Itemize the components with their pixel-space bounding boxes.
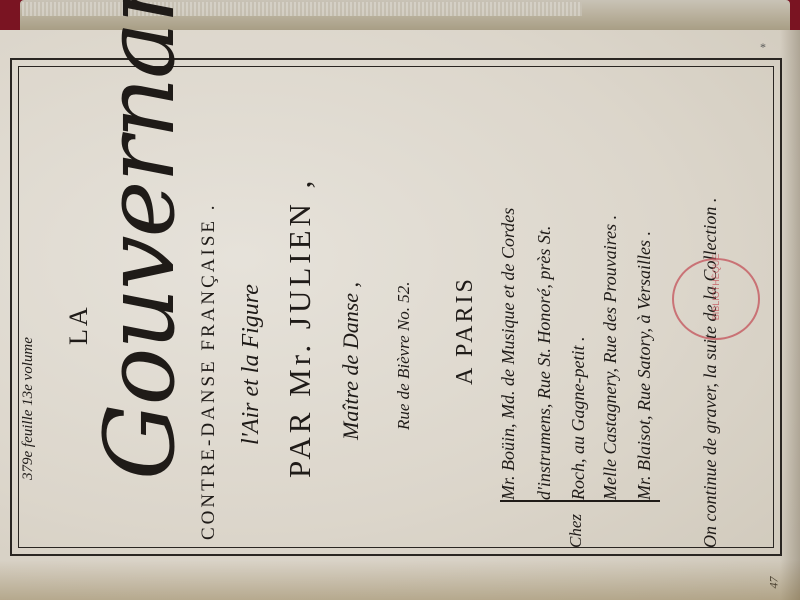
subtitle: CONTRE-DANSE FRANÇAISE . — [198, 203, 220, 541]
folio-note: 379e feuille 13e volume — [20, 337, 37, 480]
city: A PARIS — [452, 276, 479, 385]
author-address: Rue de Bièvre No. 52. — [394, 281, 414, 430]
seller-bracket — [500, 90, 660, 502]
page-shadow — [780, 30, 800, 600]
page-number: 47 — [767, 577, 782, 589]
credit-line: l'Air et la Figure — [238, 284, 265, 445]
library-stamp: BIBLIOTHÈQUE — [672, 258, 760, 340]
author-role: Maître de Danse , — [338, 282, 364, 440]
stamp-text: BIBLIOTHÈQUE — [711, 245, 721, 329]
main-title: Gouvernante — [92, 0, 188, 480]
corner-mark: * — [760, 40, 766, 55]
author: PAR Mr. JULIEN , — [282, 177, 318, 478]
page-edge — [0, 560, 800, 600]
chez-label: Chez — [566, 514, 586, 548]
